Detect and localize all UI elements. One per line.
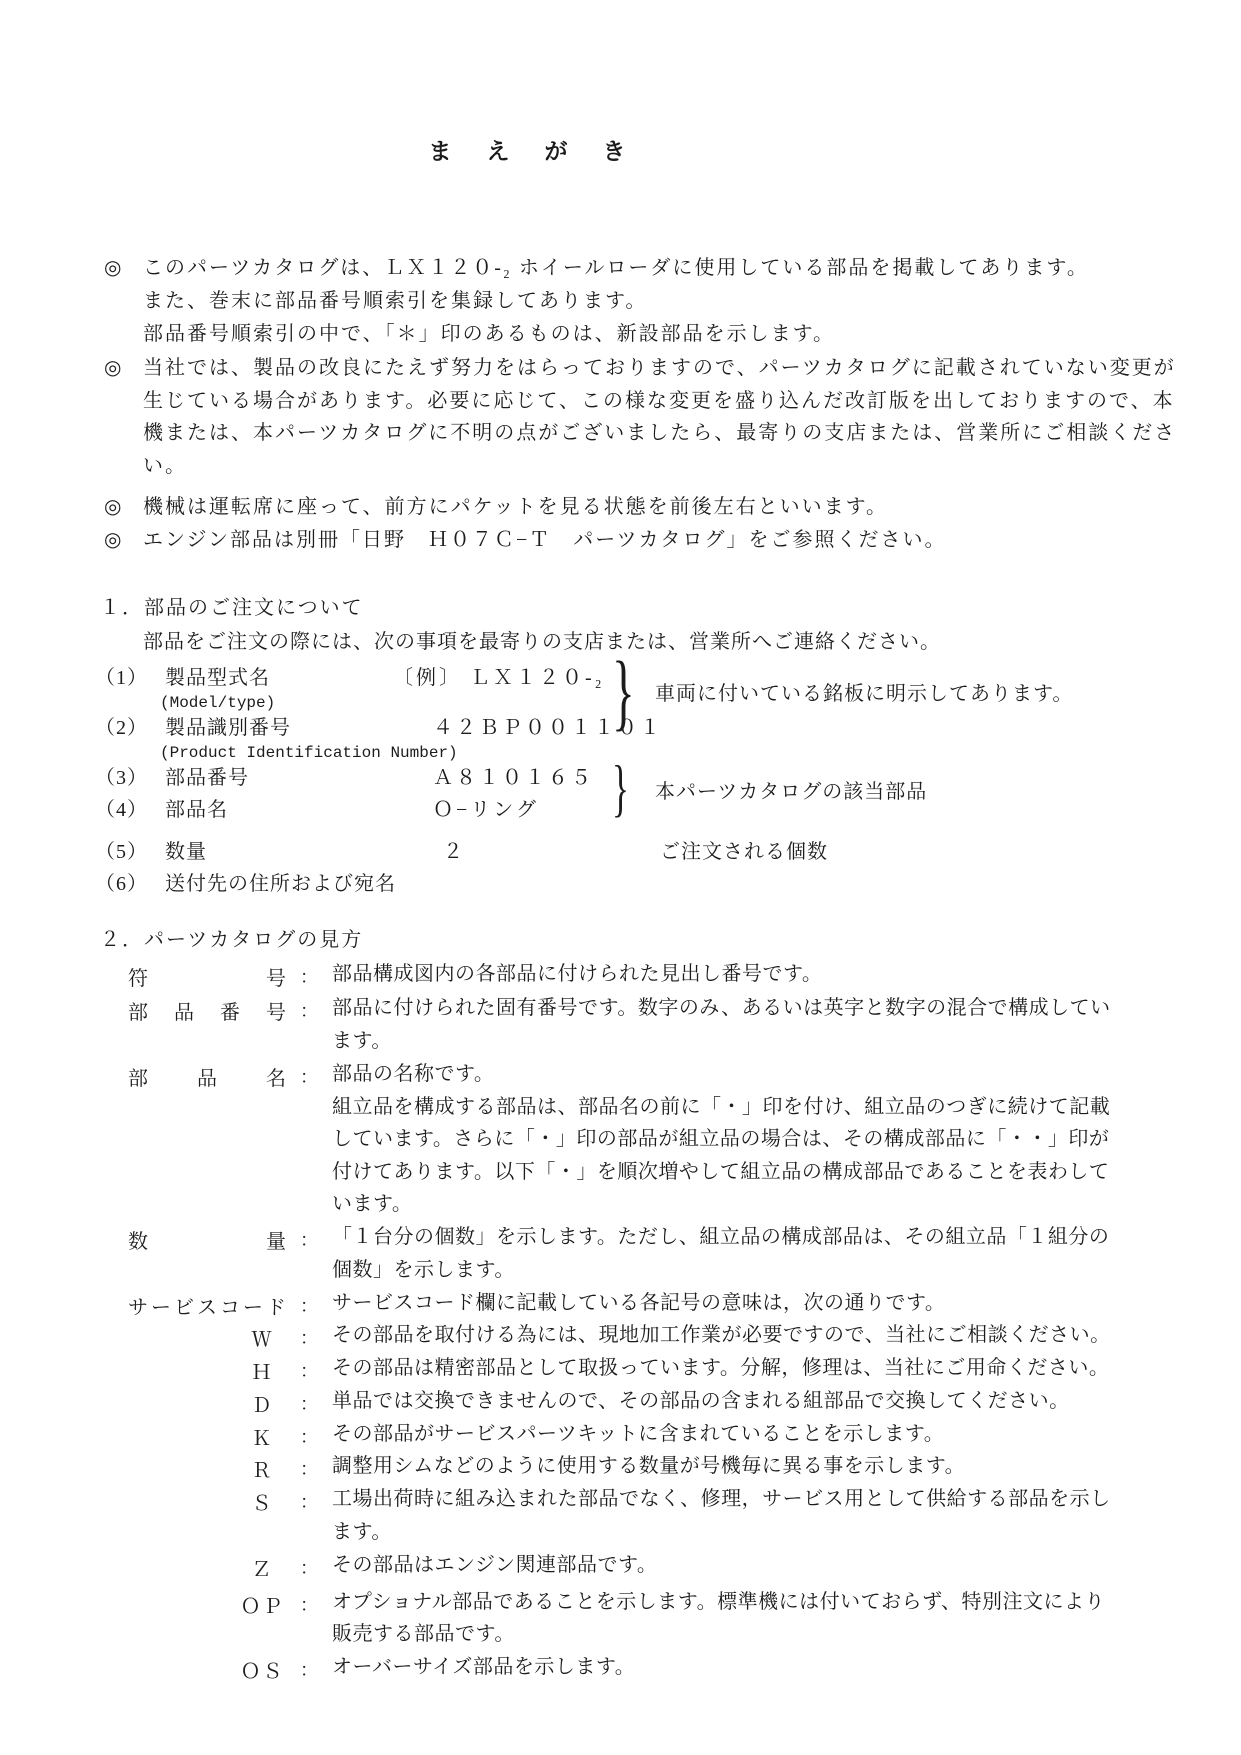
bullet-line: 機械は運転席に座って、前方にパケットを見る状態を前後左右といいます。 — [143, 495, 888, 519]
def-line: ます。 — [332, 1029, 392, 1053]
order-item-term-en: (Product Identification Number) — [160, 741, 458, 765]
service-code-line: 工場出荷時に組み込まれた部品でなく、修理，サービス用として供給する部品を示し — [332, 1487, 1111, 1511]
order-item-term: 部品番号 — [165, 766, 249, 790]
def-colon: ： — [300, 1656, 318, 1682]
def-colon: ： — [300, 1324, 318, 1350]
order-item-no: （3） — [95, 766, 148, 790]
def-colon: ： — [300, 1488, 318, 1514]
order-item-term-en: (Model/type) — [160, 691, 275, 715]
bullet-line: 機または、本パーツカタログに不明の点がございましたら、最寄りの支店または、営業所… — [143, 421, 1176, 445]
def-colon: ： — [300, 1390, 318, 1416]
def-term: 符号 — [128, 962, 286, 991]
def-colon: ： — [300, 1423, 318, 1449]
service-code-line: オーバーサイズ部品を示します。 — [332, 1655, 635, 1679]
order-item-no: （1） — [95, 666, 148, 690]
order-item-no: （2） — [95, 716, 148, 740]
service-code-line: その部品は精密部品として取扱っています。分解，修理は、当社にご用命ください。 — [332, 1356, 1109, 1380]
service-code-letter: Ｋ — [225, 1422, 300, 1451]
bullet-line: エンジン部品は別冊「日野 Ｈ０７Ｃ−Ｔ パーツカタログ」をご参照ください。 — [143, 528, 946, 552]
service-code-letter: ＯＳ — [225, 1655, 300, 1684]
order-item-term: 製品識別番号 — [165, 716, 291, 740]
def-colon: ： — [300, 997, 318, 1023]
order-item-note: ご注文される個数 — [660, 840, 828, 864]
def-line: 個数」を示します。 — [332, 1258, 515, 1282]
order-item-value: Ｏ−リング — [433, 798, 539, 822]
service-code-letter: Ｚ — [225, 1553, 300, 1582]
def-line: 部品構成図内の各部品に付けられた見出し番号です。 — [332, 962, 822, 986]
bullet-icon: ◎ — [104, 495, 122, 519]
bullet-icon: ◎ — [104, 256, 122, 280]
def-line: 付けてあります。以下「・」を順次増やして組立品の構成部品であることを表わして — [332, 1160, 1109, 1184]
order-item-no: （6） — [95, 872, 148, 896]
service-code-letter: ＯＰ — [225, 1590, 300, 1619]
brace-icon: } — [612, 756, 629, 820]
bullet-icon: ◎ — [104, 356, 122, 380]
service-code-line: オプショナル部品であることを示します。標準機には付いておらず、特別注文により — [332, 1590, 1105, 1614]
bullet-line: 部品番号順索引の中で、「＊」印のあるものは、新設部品を示します。 — [143, 322, 835, 346]
service-code-line: 調整用シムなどのように使用する数量が号機毎に異る事を示します。 — [332, 1454, 965, 1478]
order-item-no: （4） — [95, 798, 148, 822]
service-code-line: ます。 — [332, 1520, 392, 1544]
def-line: 「１台分の個数」を示します。ただし、組立品の構成部品は、その組立品「１組分の — [332, 1225, 1109, 1249]
service-code-line: その部品がサービスパーツキットに含まれていることを示します。 — [332, 1422, 944, 1446]
service-code-letter: Ｗ — [225, 1323, 300, 1352]
service-code-letter: Ｄ — [225, 1389, 300, 1418]
order-item-term: 製品型式名 — [165, 666, 270, 690]
section2-heading: ２．パーツカタログの見方 — [100, 928, 363, 952]
def-line: 部品に付けられた固有番号です。数字のみ、あるいは英字と数字の混合で構成してい — [332, 996, 1111, 1020]
bullet-line: また、巻末に部品番号順索引を集録してあります。 — [143, 289, 647, 313]
document-page: ま え が き ◎ このパーツカタログは、ＬＸ１２０-₂ ホイールローダに使用し… — [0, 0, 1241, 1755]
def-colon: ： — [300, 1292, 318, 1318]
order-item-value: 〔例〕 ＬＸ１２０-₂ — [393, 666, 605, 690]
def-colon: ： — [300, 1357, 318, 1383]
def-line: しています。さらに「・」印の部品が組立品の場合は、その構成部品に「・・」印が — [332, 1127, 1109, 1151]
order-item-value: Ａ８１０１６５ — [433, 766, 594, 790]
service-code-line: 単品では交換できませんので、その部品の含まれる組部品で交換してください。 — [332, 1389, 1070, 1413]
order-item-value: ２ — [443, 840, 466, 864]
service-code-letter: Ｈ — [225, 1356, 300, 1385]
def-colon: ： — [300, 1455, 318, 1481]
def-term: サービスコード — [128, 1291, 286, 1320]
brace-icon: } — [612, 648, 635, 734]
def-line: います。 — [332, 1192, 412, 1216]
bullet-icon: ◎ — [104, 528, 122, 552]
def-line: 部品の名称です。 — [332, 1062, 494, 1086]
def-colon: ： — [300, 1554, 318, 1580]
def-colon: ： — [300, 1226, 318, 1252]
service-code-line: その部品を取付ける為には、現地加工作業が必要ですので、当社にご相談ください。 — [332, 1323, 1111, 1347]
order-item-term: 数量 — [165, 840, 207, 864]
bullet-line: このパーツカタログは、ＬＸ１２０-₂ ホイールローダに使用している部品を掲載して… — [143, 256, 1089, 280]
def-line: サービスコード欄に記載している各記号の意味は，次の通りです。 — [332, 1291, 945, 1315]
section1-intro: 部品をご注文の際には、次の事項を最寄りの支店または、営業所へご連絡ください。 — [143, 630, 941, 654]
bullet-line: 当社では、製品の改良にたえず努力をはらっておりますので、パーツカタログに記載され… — [143, 356, 1176, 380]
service-code-letter: Ｓ — [225, 1487, 300, 1516]
section1-heading: １．部品のご注文について — [100, 596, 364, 620]
def-term: 数量 — [128, 1225, 286, 1254]
brace-label: 本パーツカタログの該当部品 — [655, 780, 927, 804]
order-item-term: 部品名 — [165, 798, 228, 822]
def-colon: ： — [300, 1591, 318, 1617]
def-colon: ： — [300, 963, 318, 989]
service-code-letter: Ｒ — [225, 1454, 300, 1483]
def-term: 部品名 — [128, 1062, 286, 1091]
order-item-no: （5） — [95, 840, 148, 864]
def-line: 組立品を構成する部品は、部品名の前に「・」印を付け、組立品のつぎに続けて記載 — [332, 1095, 1110, 1119]
brace-label: 車両に付いている銘板に明示してあります。 — [655, 682, 1073, 706]
def-term: 部品番号 — [128, 996, 286, 1025]
def-colon: ： — [300, 1063, 318, 1089]
service-code-line: その部品はエンジン関連部品です。 — [332, 1553, 657, 1577]
bullet-line: 生じている場合があります。必要に応じて、この様な変更を盛り込んだ改訂版を出してお… — [143, 389, 1175, 413]
service-code-line: 販売する部品です。 — [332, 1622, 515, 1646]
page-title: ま え が き — [0, 140, 1060, 164]
bullet-line: い。 — [143, 454, 187, 478]
order-item-term: 送付先の住所および宛名 — [165, 872, 396, 896]
